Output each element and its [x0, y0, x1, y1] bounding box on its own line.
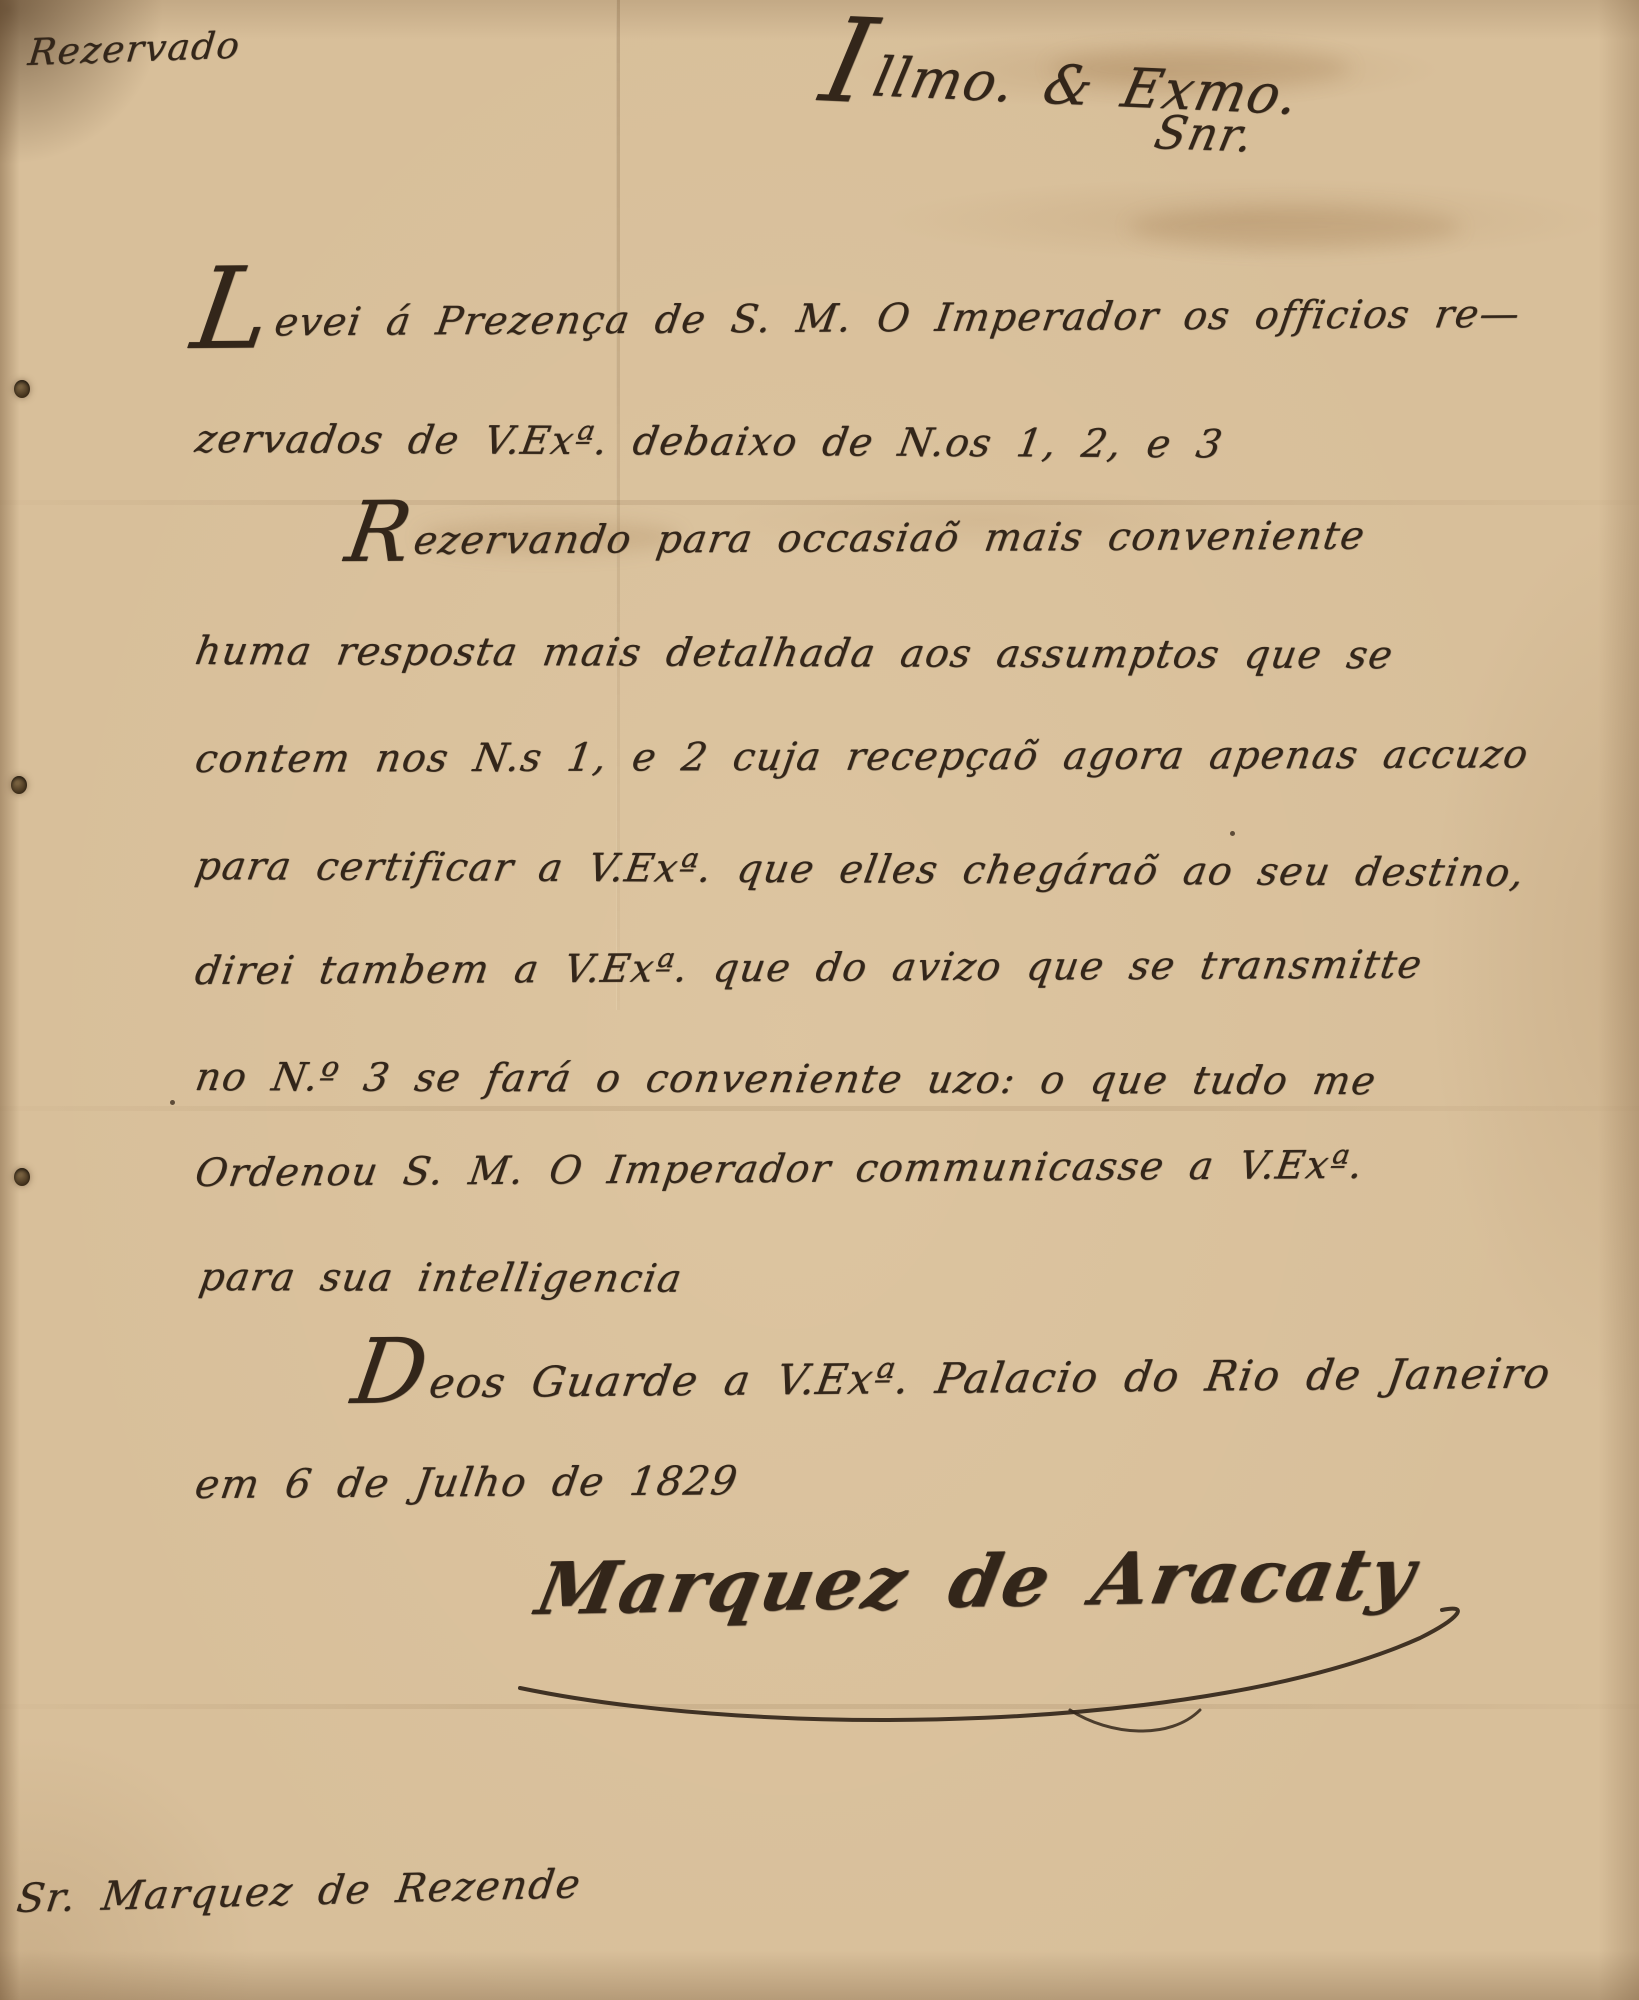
body-line-3: Rezervando para occasiaõ mais convenient… [342, 515, 1368, 568]
punch-hole [11, 776, 27, 794]
salutation-line-2: Snr. [1150, 106, 1259, 162]
body-line-4: huma resposta mais detalhada aos assumpt… [192, 630, 1397, 679]
body-line-5: contem nos N.s 1, e 2 cuja recepçaõ agor… [192, 733, 1532, 782]
horizontal-fold-crease [0, 1106, 1639, 1111]
horizontal-fold-crease [0, 500, 1639, 505]
addressee-line: Sr. Marquez de Rezende [14, 1861, 584, 1922]
signature-flourish [470, 1560, 1490, 1760]
body-line-2: zervados de V.Exª. debaixo de N.os 1, 2,… [192, 418, 1226, 468]
classification-note: Rezervado [26, 25, 243, 75]
ink-speck [170, 1100, 175, 1105]
body-line-6: para certificar a V.Exª. que elles chegá… [192, 845, 1528, 897]
punch-hole [14, 1168, 30, 1186]
body-line-7: direi tambem a V.Exª. que do avizo que s… [192, 944, 1426, 995]
ink-smudge [1130, 206, 1460, 248]
closing-line-1: Deos Guarde a V.Exª. Palacio do Rio de J… [348, 1350, 1554, 1412]
ink-speck [1230, 831, 1235, 836]
punch-hole [14, 380, 30, 398]
body-line-8: no N.º 3 se fará o conveniente uzo: o qu… [192, 1056, 1380, 1105]
body-line-10: para sua intelligencia [196, 1256, 686, 1303]
closing-line-2: em 6 de Julho de 1829 [192, 1458, 741, 1508]
body-line-1: Levei á Prezença de S. M. O Imperador os… [188, 293, 1524, 354]
manuscript-letter-page: Rezervado Illmo. & Exmo. Snr. Levei á Pr… [0, 0, 1639, 2000]
body-line-9: Ordenou S. M. O Imperador communicasse a… [192, 1144, 1367, 1197]
